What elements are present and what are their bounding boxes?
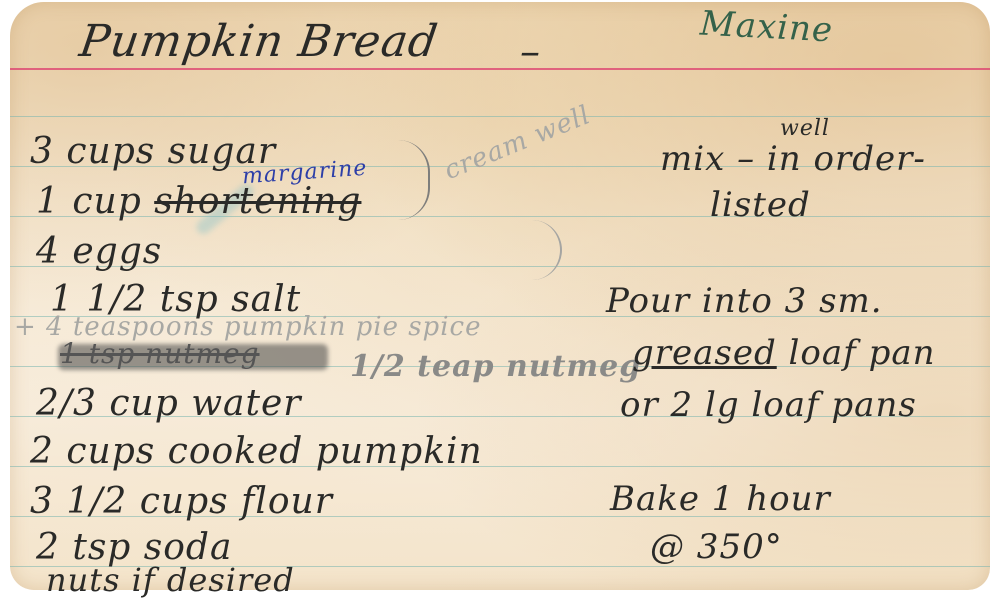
recipe-title: Pumpkin Bread <box>77 20 441 64</box>
ingredient-nutmeg-replacement: 1/2 teap nutmeg <box>350 352 641 382</box>
instruction-bake-line2: @ 350° <box>650 530 783 564</box>
instruction-greased: greased <box>632 333 777 373</box>
ingredient-fat: 1 cup shortening <box>36 184 361 220</box>
title-dash: – <box>520 32 541 72</box>
instruction-mix-line2: listed <box>710 188 811 222</box>
recipe-author: Maxine <box>699 7 834 48</box>
ingredient-sugar: 3 cups sugar <box>30 134 276 170</box>
ingredient-nuts: nuts if desired <box>46 564 295 596</box>
ingredient-eggs: 4 eggs <box>36 234 162 270</box>
margin-note-cream-well: cream well <box>441 102 595 184</box>
ingredient-nutmeg-struck: 1 tsp nutmeg <box>60 340 260 368</box>
ingredient-fat-qty: 1 cup <box>36 181 142 222</box>
recipe-card: Pumpkin Bread – Maxine 3 cups sugar 1 cu… <box>10 2 990 590</box>
ingredient-cooked-pumpkin: 2 cups cooked pumpkin <box>30 434 483 470</box>
instruction-pour-line3: or 2 lg loaf pans <box>620 388 917 422</box>
instruction-mix-line1: mix – in order- <box>660 142 926 176</box>
ruled-line <box>10 116 990 117</box>
instruction-bake-line1: Bake 1 hour <box>610 482 831 516</box>
pencil-arc <box>530 220 562 280</box>
instruction-pour-line2: greased loaf pan <box>632 336 936 370</box>
instruction-superscript-well: well <box>780 118 830 140</box>
header-red-rule <box>10 68 990 70</box>
ingredient-flour: 3 1/2 cups flour <box>30 484 333 520</box>
ingredient-water: 2/3 cup water <box>36 386 301 422</box>
instruction-loaf-pan: loaf pan <box>777 333 936 373</box>
bracket-mark <box>398 140 430 220</box>
instruction-pour-line1: Pour into 3 sm. <box>606 284 883 318</box>
